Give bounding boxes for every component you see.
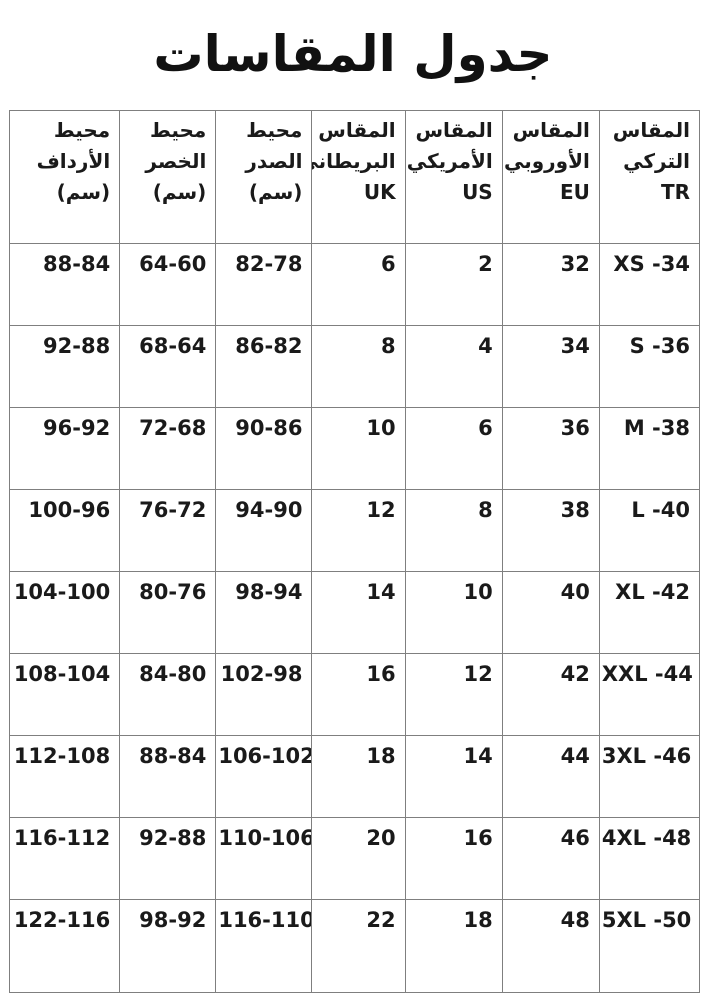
cell-turkish-size: XS -34 [599,244,699,326]
cell-american-size: 10 [405,572,502,654]
table-row: XS -34 32 2 6 82-78 64-60 88-84 [10,244,700,326]
cell-british-size: 16 [312,654,405,736]
cell-chest: 90-86 [216,408,312,490]
cell-hips: 108-104 [10,654,120,736]
cell-chest: 110-106 [216,818,312,900]
cell-hips: 116-112 [10,818,120,900]
cell-american-size: 12 [405,654,502,736]
cell-american-size: 14 [405,736,502,818]
cell-waist: 88-84 [120,736,216,818]
column-header-european-size: المقاس الأوروبي EU [502,111,599,244]
cell-european-size: 36 [502,408,599,490]
cell-european-size: 32 [502,244,599,326]
cell-european-size: 48 [502,900,599,993]
cell-chest: 106-102 [216,736,312,818]
table-row: 4XL -48 46 16 20 110-106 92-88 116-112 [10,818,700,900]
cell-waist: 92-88 [120,818,216,900]
cell-waist: 72-68 [120,408,216,490]
cell-american-size: 16 [405,818,502,900]
cell-european-size: 38 [502,490,599,572]
cell-turkish-size: M -38 [599,408,699,490]
table-row: M -38 36 6 10 90-86 72-68 96-92 [10,408,700,490]
cell-turkish-size: XL -42 [599,572,699,654]
cell-turkish-size: XXL -44 [599,654,699,736]
size-chart-page: جدول المقاسات المقاس التركي TR المقاس ال… [0,0,706,1000]
cell-european-size: 42 [502,654,599,736]
cell-waist: 84-80 [120,654,216,736]
table-row: L -40 38 8 12 94-90 76-72 100-96 [10,490,700,572]
column-header-chest: محيط الصدر (سم) [216,111,312,244]
cell-british-size: 10 [312,408,405,490]
cell-turkish-size: 3XL -46 [599,736,699,818]
page-title: جدول المقاسات [0,0,706,108]
cell-chest: 116-110 [216,900,312,993]
table-row: XL -42 40 10 14 98-94 80-76 104-100 [10,572,700,654]
cell-chest: 94-90 [216,490,312,572]
column-header-american-size: المقاس الأمريكي US [405,111,502,244]
cell-british-size: 8 [312,326,405,408]
cell-turkish-size: 5XL -50 [599,900,699,993]
cell-hips: 92-88 [10,326,120,408]
cell-hips: 112-108 [10,736,120,818]
cell-hips: 96-92 [10,408,120,490]
cell-waist: 80-76 [120,572,216,654]
cell-turkish-size: 4XL -48 [599,818,699,900]
cell-american-size: 8 [405,490,502,572]
cell-british-size: 6 [312,244,405,326]
cell-british-size: 12 [312,490,405,572]
size-table: المقاس التركي TR المقاس الأوروبي EU المق… [9,110,700,993]
cell-chest: 102-98 [216,654,312,736]
table-row: 5XL -50 48 18 22 116-110 98-92 122-116 [10,900,700,993]
header-row: المقاس التركي TR المقاس الأوروبي EU المق… [10,111,700,244]
cell-hips: 88-84 [10,244,120,326]
cell-hips: 122-116 [10,900,120,993]
column-header-turkish-size: المقاس التركي TR [599,111,699,244]
cell-american-size: 4 [405,326,502,408]
cell-british-size: 18 [312,736,405,818]
cell-american-size: 18 [405,900,502,993]
cell-european-size: 34 [502,326,599,408]
cell-british-size: 14 [312,572,405,654]
cell-waist: 98-92 [120,900,216,993]
cell-hips: 104-100 [10,572,120,654]
cell-chest: 86-82 [216,326,312,408]
table-row: 3XL -46 44 14 18 106-102 88-84 112-108 [10,736,700,818]
cell-british-size: 22 [312,900,405,993]
cell-chest: 98-94 [216,572,312,654]
table-row: S -36 34 4 8 86-82 68-64 92-88 [10,326,700,408]
cell-waist: 64-60 [120,244,216,326]
cell-european-size: 40 [502,572,599,654]
cell-turkish-size: L -40 [599,490,699,572]
table-row: XXL -44 42 12 16 102-98 84-80 108-104 [10,654,700,736]
column-header-waist: محيط الخصر (سم) [120,111,216,244]
cell-chest: 82-78 [216,244,312,326]
cell-hips: 100-96 [10,490,120,572]
column-header-british-size: المقاس البريطاني UK [312,111,405,244]
cell-american-size: 6 [405,408,502,490]
cell-american-size: 2 [405,244,502,326]
cell-european-size: 46 [502,818,599,900]
column-header-hips: محيط الأرداف (سم) [10,111,120,244]
cell-european-size: 44 [502,736,599,818]
cell-waist: 68-64 [120,326,216,408]
cell-british-size: 20 [312,818,405,900]
cell-waist: 76-72 [120,490,216,572]
cell-turkish-size: S -36 [599,326,699,408]
